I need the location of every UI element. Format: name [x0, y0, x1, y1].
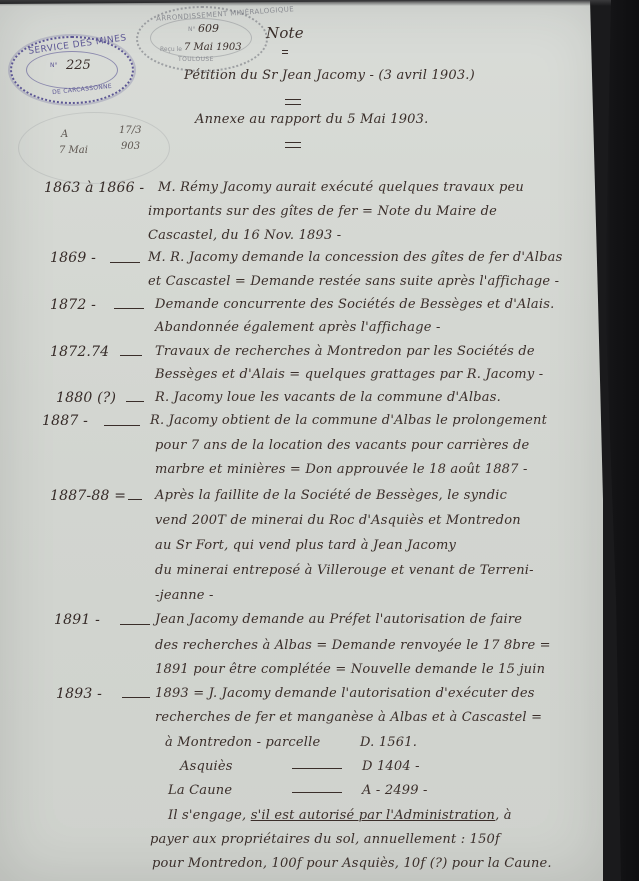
- closing-line-3: pour Montredon, 100f pour Asquiès, 10f (…: [152, 856, 552, 871]
- entry-dash: [122, 697, 150, 698]
- entry-line: M. Rémy Jacomy aurait exécuté quelques t…: [158, 180, 524, 195]
- ghost-line2-left: 7 Mai: [59, 145, 88, 156]
- entry-line: Travaux de recherches à Montredon par le…: [155, 344, 535, 359]
- entry-line: 1891 pour être complétée = Nouvelle dema…: [155, 662, 545, 677]
- parcel-place: La Caune: [168, 783, 232, 798]
- entry-year: 1880 (?): [56, 390, 116, 406]
- entry-line: vend 200T de minerai du Roc d'Asquiès et…: [155, 513, 521, 528]
- stamp-date-label: Reçu le: [160, 46, 182, 53]
- entry-line: 1893 = J. Jacomy demande l'autorisation …: [155, 686, 535, 701]
- entry-line: marbre et minières = Don approuvée le 18…: [155, 462, 528, 477]
- entry-line: R. Jacomy obtient de la commune d'Albas …: [150, 413, 547, 428]
- stamp-number: 609: [198, 22, 219, 35]
- entry-line: Bessèges et d'Alais = quelques grattages…: [155, 367, 543, 382]
- closing-post: , à: [495, 808, 512, 823]
- parcel-ref: D 1404 -: [362, 759, 420, 774]
- entry-dash: [120, 624, 150, 625]
- entry-line: pour 7 ans de la location des vacants po…: [155, 438, 529, 453]
- ghost-line1-left: A: [61, 129, 68, 140]
- entry-dash: [128, 499, 142, 500]
- stamp-arrondissement: ARRONDISSEMENT MINÉRALOGIQUE N° 609 Reçu…: [136, 6, 268, 72]
- document-subtitle: Pétition du Sr Jean Jacomy - (3 avril 19…: [184, 68, 475, 83]
- entry-line: au Sr Fort, qui vend plus tard à Jean Ja…: [155, 538, 456, 553]
- annex-line: Annexe au rapport du 5 Mai 1903.: [195, 112, 428, 127]
- subtitle-separator: [285, 99, 301, 105]
- entry-year: 1887 -: [42, 413, 88, 429]
- closing-line-1: Il s'engage, s'il est autorisé par l'Adm…: [168, 808, 512, 823]
- parcel-place: Asquiès: [180, 759, 233, 774]
- entry-dash: [126, 401, 144, 402]
- title-separator: [282, 50, 288, 54]
- entry-line: recherches de fer et manganèse à Albas e…: [155, 710, 542, 725]
- entry-line: Cascastel, du 16 Nov. 1893 -: [148, 228, 341, 243]
- entry-line: et Cascastel = Demande restée sans suite…: [148, 274, 559, 289]
- entry-line: M. R. Jacomy demande la concession des g…: [148, 250, 562, 265]
- entry-line: Demande concurrente des Sociétés de Bess…: [155, 297, 554, 312]
- entry-line: Abandonnée également après l'affichage -: [155, 320, 441, 335]
- stamp-number-prefix: N°: [50, 62, 58, 69]
- parcel-dash: [292, 792, 342, 793]
- ghost-line1-right: 17/3: [119, 125, 141, 136]
- entry-year: 1887-88 =: [50, 488, 126, 504]
- stamp-number: 225: [66, 58, 91, 73]
- closing-underlined: s'il est autorisé par l'Administration: [251, 808, 495, 823]
- stamp-service-des-mines: SERVICE DES MINES N° 225 DE CARCASSONNE: [10, 36, 134, 104]
- entry-dash: [120, 355, 142, 356]
- closing-line-2: payer aux propriétaires du sol, annuelle…: [150, 832, 500, 847]
- entry-line: du minerai entreposé à Villerouge et ven…: [155, 563, 534, 578]
- entry-year: 1891 -: [54, 612, 100, 628]
- closing-pre: Il s'engage,: [168, 808, 251, 823]
- entry-line: R. Jacomy loue les vacants de la commune…: [155, 390, 501, 405]
- ghost-line2-right: 903: [121, 141, 140, 152]
- top-shadow: [0, 0, 639, 6]
- parcel-dash: [292, 768, 342, 769]
- entry-year: 1872 -: [50, 297, 96, 313]
- entry-dash: [104, 425, 140, 426]
- entry-line: Après la faillite de la Société de Bessè…: [155, 488, 507, 503]
- stamp-bottom-text: TOULOUSE: [178, 56, 214, 63]
- entry-year: 1869 -: [50, 250, 96, 266]
- document-title: Note: [266, 24, 304, 42]
- entry-year: 1863 à 1866 -: [44, 180, 144, 196]
- entry-line: des recherches à Albas = Demande renvoyé…: [155, 638, 551, 653]
- stamp-faded: A 17/3 7 Mai 903: [18, 112, 170, 184]
- entry-dash: [110, 262, 140, 263]
- entry-line: -jeanne -: [155, 588, 214, 603]
- parcel-place: à Montredon - parcelle: [165, 735, 320, 750]
- entry-year: 1872.74: [50, 344, 109, 360]
- annex-separator: [285, 142, 301, 148]
- entry-line: Jean Jacomy demande au Préfet l'autorisa…: [155, 612, 522, 627]
- entry-year: 1893 -: [56, 686, 102, 702]
- entry-dash: [114, 308, 144, 309]
- parcel-ref: D. 1561.: [360, 735, 417, 750]
- parcel-ref: A - 2499 -: [362, 783, 428, 798]
- stamp-date: 7 Mai 1903: [184, 42, 242, 53]
- stamp-number-prefix: N°: [188, 26, 196, 33]
- entry-line: importants sur des gîtes de fer = Note d…: [148, 204, 497, 219]
